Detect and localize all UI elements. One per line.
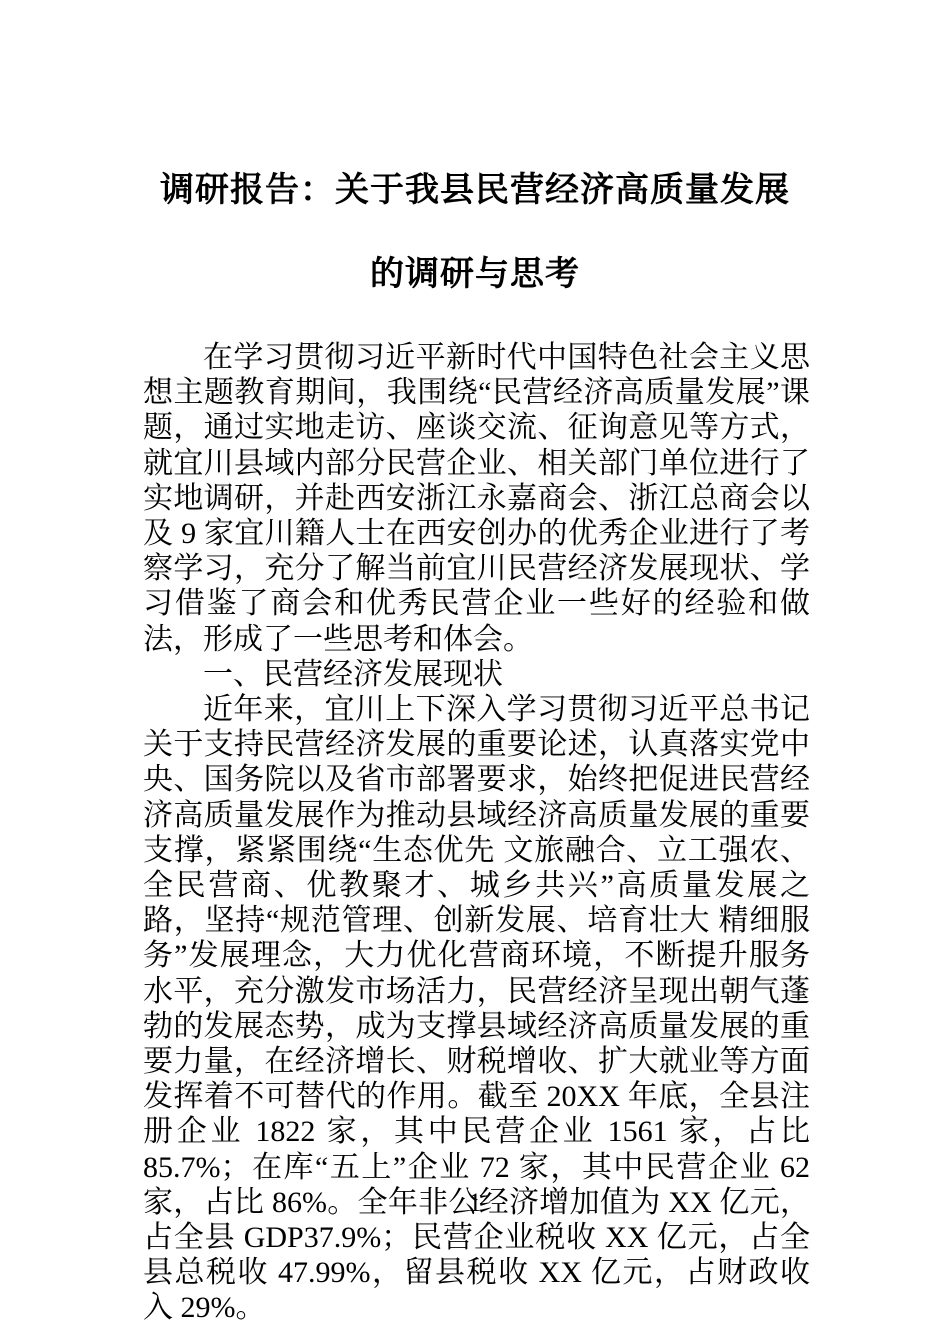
paragraph-intro: 在学习贯彻习近平新时代中国特色社会主义思想主题教育期间，我围绕“民营经济高质量发… [143,340,810,657]
title-line-1: 调研报告：关于我县民营经济高质量发展 [75,148,875,232]
section-heading-1: 一、民营经济发展现状 [143,657,810,692]
title-line-2: 的调研与思考 [75,232,875,316]
document-body: 在学习贯彻习近平新时代中国特色社会主义思想主题教育期间，我围绕“民营经济高质量发… [143,340,810,1326]
page-number: 1 [0,1186,950,1220]
paragraph-section-1: 近年来，宜川上下深入学习贯彻习近平总书记关于支持民营经济发展的重要论述，认真落实… [143,692,810,1326]
document-title: 调研报告：关于我县民营经济高质量发展 的调研与思考 [75,148,875,316]
document-page: 调研报告：关于我县民营经济高质量发展 的调研与思考 在学习贯彻习近平新时代中国特… [0,0,950,1344]
